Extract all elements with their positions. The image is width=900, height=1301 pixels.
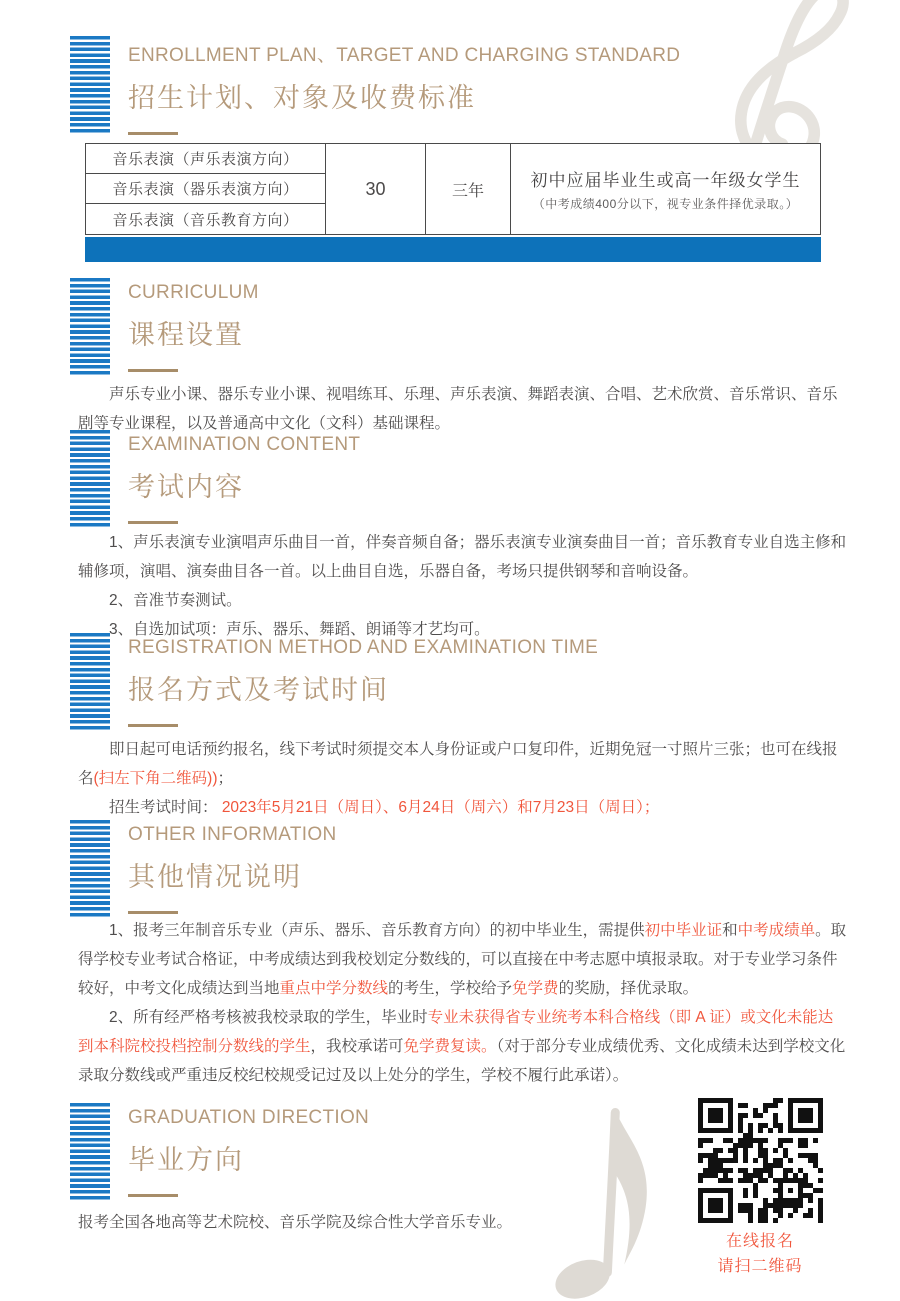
other-info-paragraph: 2、所有经严格考核被我校录取的学生，毕业时专业未获得省专业统考本科合格线（即 A… xyxy=(78,1003,848,1090)
title-underline xyxy=(128,132,178,135)
section-title-en: OTHER INFORMATION xyxy=(128,824,336,846)
section-title-zh: 报名方式及考试时间 xyxy=(128,668,598,707)
title-underline xyxy=(128,911,178,914)
section-title-en: GRADUATION DIRECTION xyxy=(128,1107,369,1129)
title-underline xyxy=(128,724,178,727)
section-title-zh: 课程设置 xyxy=(128,313,259,352)
stripes-icon xyxy=(70,633,110,731)
section-header-curriculum: CURRICULUM 课程设置 xyxy=(70,278,259,376)
table-cell-quota: 30 xyxy=(326,144,426,234)
stripes-icon xyxy=(70,820,110,918)
qr-code xyxy=(698,1098,823,1223)
exam-item: 2、音准节奏测试。 xyxy=(78,586,848,615)
section-title-zh: 毕业方向 xyxy=(128,1138,369,1177)
section-title-zh: 招生计划、对象及收费标准 xyxy=(128,76,680,115)
table-cell-duration: 三年 xyxy=(426,144,511,234)
graduation-body: 报考全国各地高等艺术院校、音乐学院及综合性大学音乐专业。 xyxy=(78,1208,638,1237)
enrollment-table: 音乐表演（声乐表演方向） 音乐表演（器乐表演方向） 音乐表演（音乐教育方向） 3… xyxy=(85,143,821,235)
section-title-en: REGISTRATION METHOD AND EXAMINATION TIME xyxy=(128,637,598,659)
other-info-paragraph: 1、报考三年制音乐专业（声乐、器乐、音乐教育方向）的初中毕业生，需提供初中毕业证… xyxy=(78,916,848,1003)
registration-paragraph: 即日起可电话预约报名，线下考试时须提交本人身份证或户口复印件，近期免冠一寸照片三… xyxy=(78,735,848,793)
stripes-icon xyxy=(70,36,110,134)
section-header-examination: EXAMINATION CONTENT 考试内容 xyxy=(70,430,360,528)
registration-exam-time: 招生考试时间： 2023年5月21日（周日）、6月24日（周六）和7月23日（周… xyxy=(78,793,848,822)
brochure-page: ENROLLMENT PLAN、TARGET AND CHARGING STAN… xyxy=(0,0,900,1301)
target-note-text: （中考成绩400分以下，视专业条件择优录取。） xyxy=(533,195,799,212)
stripes-icon xyxy=(70,430,110,528)
qr-caption-line2: 请扫二维码 xyxy=(660,1254,860,1279)
section-title-en: EXAMINATION CONTENT xyxy=(128,434,360,456)
table-cell-major: 音乐表演（音乐教育方向） xyxy=(86,204,326,234)
section-header-registration: REGISTRATION METHOD AND EXAMINATION TIME… xyxy=(70,633,598,731)
exam-item: 1、声乐表演专业演唱声乐曲目一首，伴奏音频自备；器乐表演专业演奏曲目一首；音乐教… xyxy=(78,528,848,586)
qr-caption: 在线报名 请扫二维码 xyxy=(660,1229,860,1279)
graduation-paragraph: 报考全国各地高等艺术院校、音乐学院及综合性大学音乐专业。 xyxy=(78,1208,638,1237)
table-cell-major: 音乐表演（器乐表演方向） xyxy=(86,174,326,204)
section-header-graduation: GRADUATION DIRECTION 毕业方向 xyxy=(70,1103,369,1201)
stripes-icon xyxy=(70,1103,110,1201)
title-underline xyxy=(128,369,178,372)
stripes-icon xyxy=(70,278,110,376)
eighth-note-watermark xyxy=(548,1090,660,1301)
title-underline xyxy=(128,1194,178,1197)
section-header-enrollment: ENROLLMENT PLAN、TARGET AND CHARGING STAN… xyxy=(70,36,680,135)
table-cell-major: 音乐表演（声乐表演方向） xyxy=(86,144,326,174)
qr-block: 在线报名 请扫二维码 xyxy=(660,1098,860,1279)
table-cell-target: 初中应届毕业生或高一年级女学生 （中考成绩400分以下，视专业条件择优录取。） xyxy=(511,144,820,234)
title-underline xyxy=(128,521,178,524)
other-info-body: 1、报考三年制音乐专业（声乐、器乐、音乐教育方向）的初中毕业生，需提供初中毕业证… xyxy=(78,916,848,1090)
qr-caption-line1: 在线报名 xyxy=(660,1229,860,1254)
registration-body: 即日起可电话预约报名，线下考试时须提交本人身份证或户口复印件，近期免冠一寸照片三… xyxy=(78,735,848,822)
section-title-zh: 其他情况说明 xyxy=(128,855,336,894)
target-main-text: 初中应届毕业生或高一年级女学生 xyxy=(531,166,801,191)
section-title-en: CURRICULUM xyxy=(128,282,259,304)
section-title-en: ENROLLMENT PLAN、TARGET AND CHARGING STAN… xyxy=(128,40,680,67)
blue-divider-bar xyxy=(85,237,821,262)
examination-body: 1、声乐表演专业演唱声乐曲目一首，伴奏音频自备；器乐表演专业演奏曲目一首；音乐教… xyxy=(78,528,848,644)
section-header-other: OTHER INFORMATION 其他情况说明 xyxy=(70,820,336,918)
section-title-zh: 考试内容 xyxy=(128,465,360,504)
